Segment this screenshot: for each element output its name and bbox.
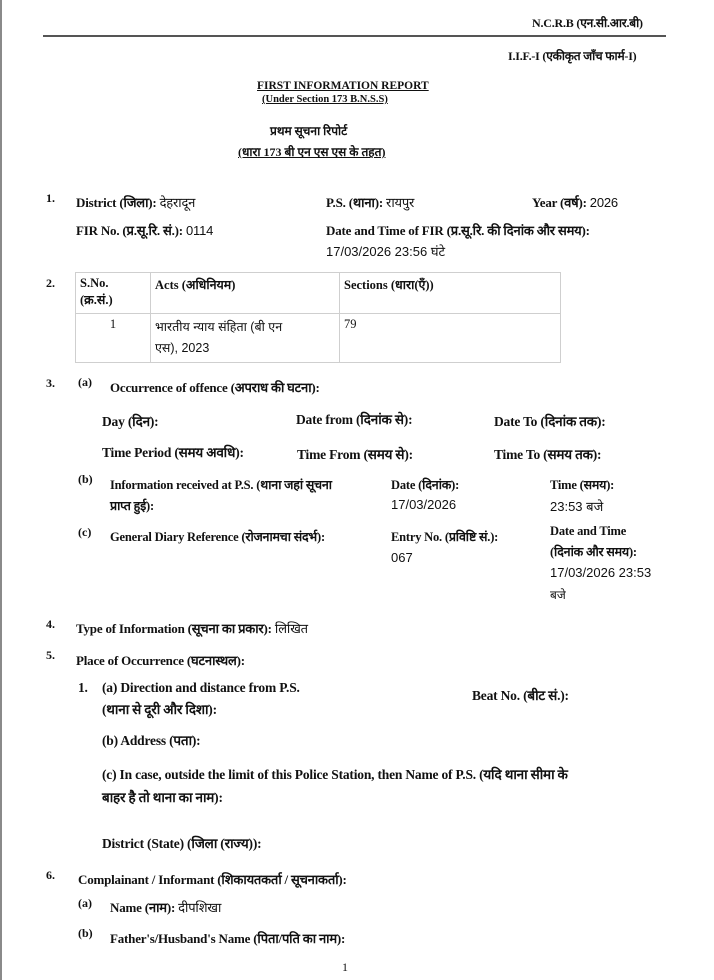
info-date-value: 17/03/2026 (391, 497, 456, 512)
page-left-edge (0, 0, 2, 980)
info-received-label-line2: प्राप्त हुई): (110, 497, 154, 514)
fir-datetime-value: 17/03/2026 23:56 घंटे (326, 242, 445, 260)
gd-entry-label: Entry No. (प्रविष्टि सं.): (391, 528, 498, 545)
beat-number-label: Beat No. (बीट सं.): (472, 686, 569, 704)
info-time-label: Time (समय): (550, 476, 614, 493)
info-time-value: 23:53 बजे (550, 497, 603, 515)
header-sections: Sections (धारा(एँ)) (340, 273, 561, 314)
report-subtitle-hi: (धारा 173 बी एन एस एस के तहत) (238, 143, 386, 160)
section-2-number: 2. (46, 276, 55, 291)
gd-datetime-label-line2: (दिनांक और समय): (550, 543, 637, 560)
section-6a-marker: (a) (78, 896, 92, 911)
date-to-label: Date To (दिनांक तक): (494, 412, 606, 430)
report-title-hi: प्रथम सूचना रिपोर्ट (270, 122, 347, 139)
district-field: District (जिला): देहरादून (76, 193, 195, 211)
fir-number-field: FIR No. (प्र.सू.रि. सं.): 0114 (76, 221, 213, 239)
info-type-value: लिखित (275, 621, 308, 636)
info-type-field: Type of Information (सूचना का प्रकार): ल… (76, 619, 308, 637)
occurrence-label: Occurrence of offence (अपराध की घटना): (110, 378, 320, 396)
cell-sno: 1 (76, 314, 151, 363)
header-sno-line1: S.No. (80, 276, 146, 291)
police-station-field: P.S. (थाना): रायपुर (326, 193, 414, 211)
direction-distance-label-line1: (a) Direction and distance from P.S. (102, 680, 300, 696)
iif-form-label: I.I.F.-I (एकीकृत जाँच फार्म-I) (508, 47, 636, 64)
place-of-occurrence-label: Place of Occurrence (घटनास्थल): (76, 651, 245, 669)
cell-act-line1: भारतीय न्याय संहिता (बी एन (155, 317, 335, 338)
day-label: Day (दिन): (102, 412, 158, 430)
section-3c-marker: (c) (78, 525, 91, 540)
fir-datetime-label: Date and Time of FIR (प्र.सू.रि. की दिना… (326, 221, 590, 239)
direction-distance-label-line2: (थाना से दूरी और दिशा): (102, 700, 217, 718)
header-sno-line2: (क्र.सं.) (80, 291, 146, 308)
time-period-label: Time Period (समय अवधि): (102, 443, 244, 461)
section-1-number: 1. (46, 191, 55, 206)
place-sub-number: 1. (78, 680, 88, 696)
outside-limit-label-line2: बाहर है तो थाना का नाम): (102, 788, 223, 806)
ncrb-header: N.C.R.B (एन.सी.आर.बी) (532, 14, 643, 31)
father-husband-name-label: Father's/Husband's Name (पिता/पति का नाम… (110, 929, 345, 947)
section-3-number: 3. (46, 376, 55, 391)
complainant-name-value: दीपशिखा (178, 900, 221, 915)
year-value: 2026 (590, 195, 618, 210)
gd-datetime-label-line1: Date and Time (550, 524, 626, 539)
section-4-number: 4. (46, 617, 55, 632)
gd-reference-label: General Diary Reference (रोजनामचा संदर्भ… (110, 528, 325, 545)
section-6-number: 6. (46, 868, 55, 883)
info-date-label: Date (दिनांक): (391, 476, 459, 493)
year-field: Year (वर्ष): 2026 (532, 193, 618, 211)
ps-label: P.S. (थाना): (326, 195, 383, 210)
date-from-label: Date from (दिनांक से): (296, 410, 412, 428)
table-header-row: S.No. (क्र.सं.) Acts (अधिनियम) Sections … (76, 273, 561, 314)
table-row: 1 भारतीय न्याय संहिता (बी एन एस), 2023 7… (76, 314, 561, 363)
district-state-label: District (State) (जिला (राज्य)): (102, 834, 261, 852)
cell-sections: 79 (340, 314, 561, 363)
report-subtitle-en: (Under Section 173 B.N.S.S) (262, 94, 388, 105)
time-from-label: Time From (समय से): (297, 445, 413, 463)
year-label: Year (वर्ष): (532, 195, 587, 210)
section-3b-marker: (b) (78, 472, 93, 487)
cell-act: भारतीय न्याय संहिता (बी एन एस), 2023 (151, 314, 340, 363)
info-received-label-line1: Information received at P.S. (थाना जहां … (110, 476, 332, 493)
complainant-label: Complainant / Informant (शिकायतकर्ता / स… (78, 870, 347, 888)
section-5-number: 5. (46, 648, 55, 663)
complainant-name-field: Name (नाम): दीपशिखा (110, 898, 221, 916)
ps-value: रायपुर (386, 195, 414, 210)
gd-datetime-value-line2: बजे (550, 586, 566, 603)
header-acts: Acts (अधिनियम) (151, 273, 340, 314)
acts-sections-table: S.No. (क्र.सं.) Acts (अधिनियम) Sections … (75, 272, 561, 363)
header-divider (43, 35, 666, 37)
district-label: District (जिला): (76, 195, 157, 210)
fir-number-value: 0114 (186, 223, 213, 238)
gd-entry-value: 067 (391, 550, 413, 565)
time-to-label: Time To (समय तक): (494, 445, 601, 463)
info-type-label: Type of Information (सूचना का प्रकार): (76, 621, 272, 636)
header-sno: S.No. (क्र.सं.) (76, 273, 151, 314)
outside-limit-label-line1: (c) In case, outside the limit of this P… (102, 765, 568, 783)
complainant-name-label: Name (नाम): (110, 900, 175, 915)
cell-act-line2: एस), 2023 (155, 338, 335, 359)
address-label: (b) Address (पता): (102, 731, 200, 749)
gd-datetime-value-line1: 17/03/2026 23:53 (550, 565, 651, 580)
fir-number-label: FIR No. (प्र.सू.रि. सं.): (76, 223, 183, 238)
section-3a-marker: (a) (78, 375, 92, 390)
page-number: 1 (342, 960, 348, 975)
district-value: देहरादून (160, 195, 196, 210)
report-title-en: FIRST INFORMATION REPORT (257, 80, 429, 92)
section-6b-marker: (b) (78, 926, 93, 941)
